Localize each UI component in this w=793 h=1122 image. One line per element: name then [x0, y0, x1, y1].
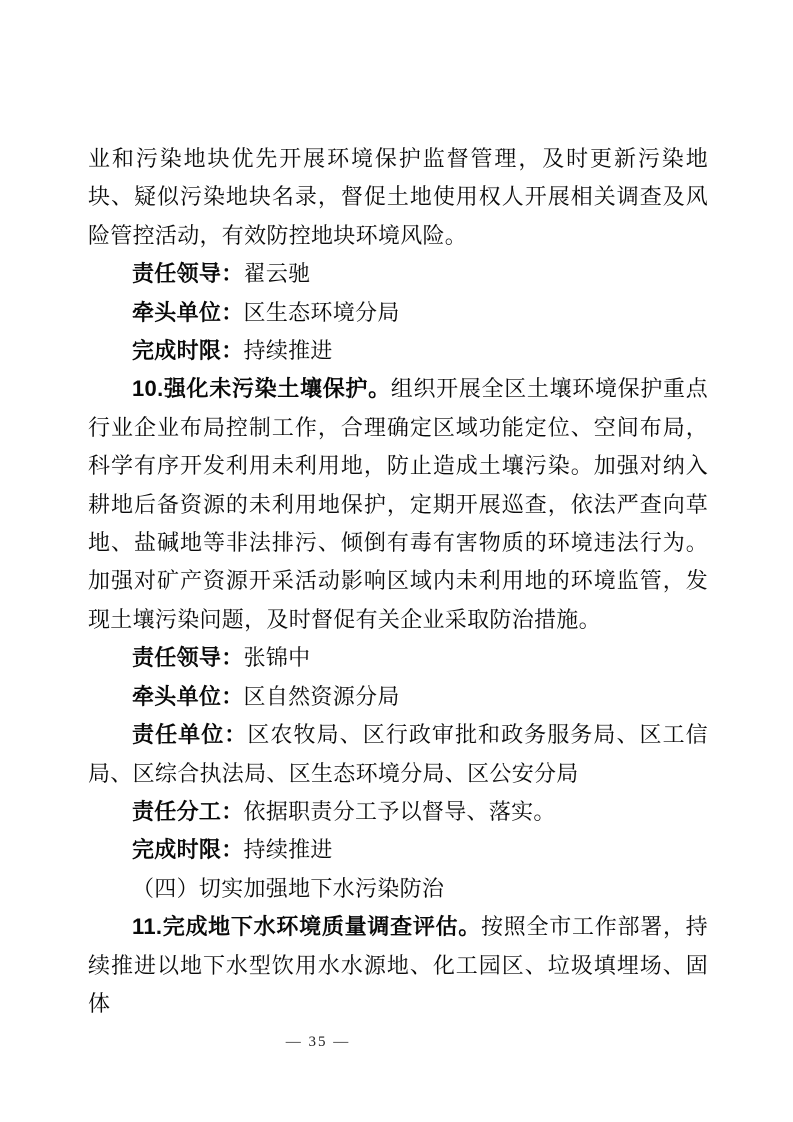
field-duty-division: 责任分工：依据职责分工予以督导、落实。: [88, 793, 708, 831]
field-value: 区生态环境分局: [244, 300, 400, 325]
field-label: 责任领导：: [132, 645, 244, 670]
field-value: 张锦中: [244, 645, 311, 670]
para-text: 组织开展全区土壤环境保护重点行业企业布局控制工作，合理确定区域功能定位、空间布局…: [88, 376, 708, 631]
para-polluted-plots-continuation: 业和污染地块优先开展环境保护监督管理，及时更新污染地块、疑似污染地块名录，督促土…: [88, 140, 708, 255]
field-label: 牵头单位：: [132, 684, 244, 709]
field-duty-leader: 责任领导：翟云驰: [88, 255, 708, 293]
field-value: 翟云驰: [244, 261, 311, 286]
field-value: 区自然资源分局: [244, 684, 400, 709]
document-body: 业和污染地块优先开展环境保护监督管理，及时更新污染地块、疑似污染地块名录，督促土…: [88, 140, 708, 1023]
field-label: 完成时限：: [132, 837, 244, 862]
document-page: 业和污染地块优先开展环境保护监督管理，及时更新污染地块、疑似污染地块名录，督促土…: [0, 0, 793, 1122]
field-duty-leader: 责任领导：张锦中: [88, 639, 708, 677]
section-heading-4-groundwater: （四）切实加强地下水污染防治: [88, 870, 708, 908]
field-label: 责任分工：: [132, 799, 244, 824]
field-label: 完成时限：: [132, 338, 244, 363]
page-number: — 35 —: [88, 1034, 548, 1051]
field-label: 牵头单位：: [132, 300, 244, 325]
field-deadline: 完成时限：持续推进: [88, 831, 708, 869]
para-text: 业和污染地块优先开展环境保护监督管理，及时更新污染地块、疑似污染地块名录，督促土…: [88, 146, 708, 248]
field-value: 持续推进: [244, 338, 333, 363]
field-lead-unit: 牵头单位：区生态环境分局: [88, 294, 708, 332]
field-duty-units: 责任单位：区农牧局、区行政审批和政务服务局、区工信局、区综合执法局、区生态环境分…: [88, 716, 708, 793]
field-value: 依据职责分工予以督导、落实。: [244, 799, 556, 824]
field-deadline: 完成时限：持续推进: [88, 332, 708, 370]
item-heading: 11.完成地下水环境质量调查评估。: [132, 914, 481, 939]
field-label: 责任单位：: [132, 722, 247, 747]
field-label: 责任领导：: [132, 261, 244, 286]
field-value: 持续推进: [244, 837, 333, 862]
section-text: （四）切实加强地下水污染防治: [132, 876, 444, 901]
para-item-10-soil-protection: 10.强化未污染土壤保护。组织开展全区土壤环境保护重点行业企业布局控制工作，合理…: [88, 370, 708, 639]
field-lead-unit: 牵头单位：区自然资源分局: [88, 678, 708, 716]
para-item-11-groundwater-survey: 11.完成地下水环境质量调查评估。按照全市工作部署，持续推进以地下水型饮用水水源…: [88, 908, 708, 1023]
item-heading: 10.强化未污染土壤保护。: [132, 376, 391, 401]
